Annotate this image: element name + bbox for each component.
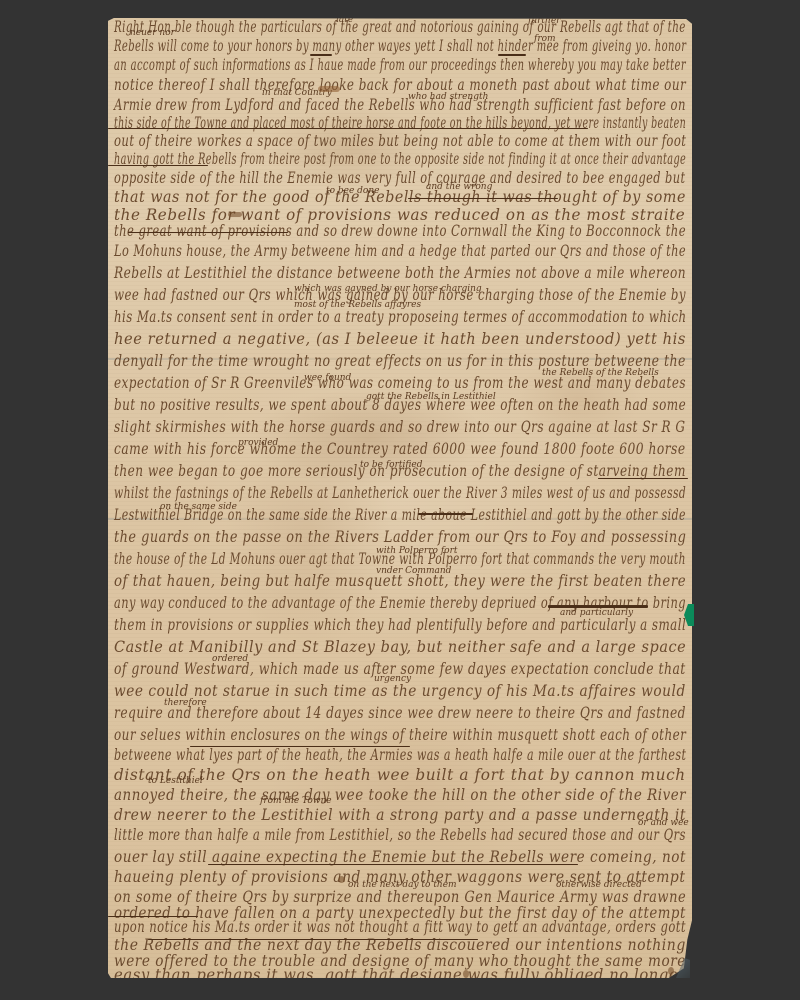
strikethrough-mark — [548, 605, 648, 608]
interlinear-note: or and wee — [638, 818, 689, 828]
manuscript-line: Castle at Manibilly and St Blazey bay, b… — [114, 638, 686, 656]
manuscript-line: came with his force whome the Countrey r… — [114, 440, 686, 458]
interlinear-note: with Polperro fort — [376, 546, 457, 556]
manuscript-line: the guards on the passe on the Rivers La… — [114, 528, 686, 546]
ink-blot — [228, 212, 242, 217]
interlinear-note: most of the Rebells affayres — [294, 300, 421, 310]
manuscript-line: Lo Mohuns house, the Army betweene him a… — [114, 242, 686, 260]
strikethrough-mark — [498, 54, 526, 56]
manuscript-line: his Ma.ts consent sent in order to a tre… — [114, 308, 687, 326]
interlinear-note: which was gayned by our horse charging — [294, 284, 482, 294]
interlinear-note: who had strength — [408, 92, 488, 102]
manuscript-line: drew neerer to the Lestithiel with a str… — [114, 806, 686, 824]
strikethrough-mark — [128, 232, 288, 233]
manuscript-line: annoyed theire, the same day wee tooke t… — [114, 786, 686, 804]
interlinear-note: and particularly — [560, 608, 633, 618]
strikethrough-mark — [108, 128, 588, 129]
document-viewer: Right Hon.ble though the particulars of … — [0, 0, 800, 1000]
manuscript-line: Rebells will come to your honors by many… — [114, 37, 686, 55]
manuscript-line: opposite side of the hill the Enemie was… — [114, 169, 685, 187]
strikethrough-mark — [108, 916, 198, 917]
manuscript-line: little more than halfe a mile from Lesti… — [114, 826, 686, 844]
strikethrough-mark — [310, 54, 332, 56]
interlinear-note: ordered — [212, 654, 248, 664]
manuscript-page: Right Hon.ble though the particulars of … — [108, 18, 692, 978]
interlinear-note: from the Towne — [260, 796, 332, 806]
interlinear-note: from — [534, 34, 556, 44]
interlinear-note: urgency — [374, 674, 411, 684]
manuscript-line: our selues within enclosures on the wing… — [114, 726, 686, 744]
interlinear-note: the Rebells of the Rebells — [542, 368, 659, 378]
manuscript-line: hee returned a negative, (as I beleeue i… — [114, 330, 686, 348]
manuscript-line: betweene what lyes part of the heath, th… — [114, 746, 686, 764]
manuscript-line: the great want of provisions and so drew… — [114, 222, 686, 240]
ink-blot — [463, 970, 469, 978]
ink-blot — [338, 876, 345, 883]
manuscript-line: Rebells at Lestithiel the distance betwe… — [114, 264, 686, 282]
strikethrough-mark — [408, 198, 558, 199]
manuscript-line: them in provisions or supplies which the… — [114, 616, 686, 634]
manuscript-line: an accompt of such informations as I hau… — [114, 56, 686, 74]
strikethrough-mark — [148, 939, 478, 940]
manuscript-line: easy than perhaps it was, gott that desi… — [114, 966, 686, 984]
manuscript-line: Armie drew from Lydford and faced the Re… — [114, 96, 686, 114]
manuscript-line: whilst the fastnings of the Rebells at L… — [114, 484, 686, 502]
interlinear-note: and the wrong — [426, 182, 492, 192]
interlinear-note: on the same side — [160, 502, 237, 512]
interlinear-note: therefore — [164, 698, 207, 708]
interlinear-note: to be fortified — [360, 460, 422, 470]
interlinear-note: otherwise directed — [556, 880, 642, 890]
strikethrough-mark — [108, 165, 208, 166]
interlinear-note: further — [528, 16, 560, 26]
manuscript-line: out of theire workes a space of two mile… — [114, 132, 686, 150]
strikethrough-mark — [208, 864, 578, 865]
manuscript-line: this side of the Towne and placed most o… — [114, 114, 686, 132]
interlinear-note: vnder Command — [376, 566, 451, 576]
interlinear-note: gott the Rebells in Lestithiel — [366, 392, 496, 402]
strikethrough-mark — [418, 513, 473, 515]
manuscript-line: that was not for the good of the Rebells… — [114, 188, 686, 206]
strikethrough-mark — [598, 478, 688, 479]
interlinear-note: wee found — [304, 373, 351, 383]
interlinear-note: provided — [238, 438, 278, 448]
interlinear-note: to bee done — [326, 186, 379, 196]
manuscript-line: notice thereof I shall therefore looke b… — [114, 76, 686, 94]
interlinear-note: neuer nor — [130, 28, 175, 38]
manuscript-line: upon notice his Ma.ts order it was not t… — [114, 918, 686, 936]
ink-blot — [318, 86, 340, 92]
manuscript-line: Right Hon.ble though the particulars of … — [114, 18, 686, 36]
strikethrough-mark — [190, 746, 410, 747]
interlinear-note: late — [336, 15, 353, 25]
manuscript-line: slight skirmishes with the horse guards … — [114, 418, 686, 436]
interlinear-note: on the next day to them — [348, 880, 457, 890]
interlinear-note: to Lestithiel — [148, 776, 203, 786]
ink-blot — [668, 967, 674, 975]
